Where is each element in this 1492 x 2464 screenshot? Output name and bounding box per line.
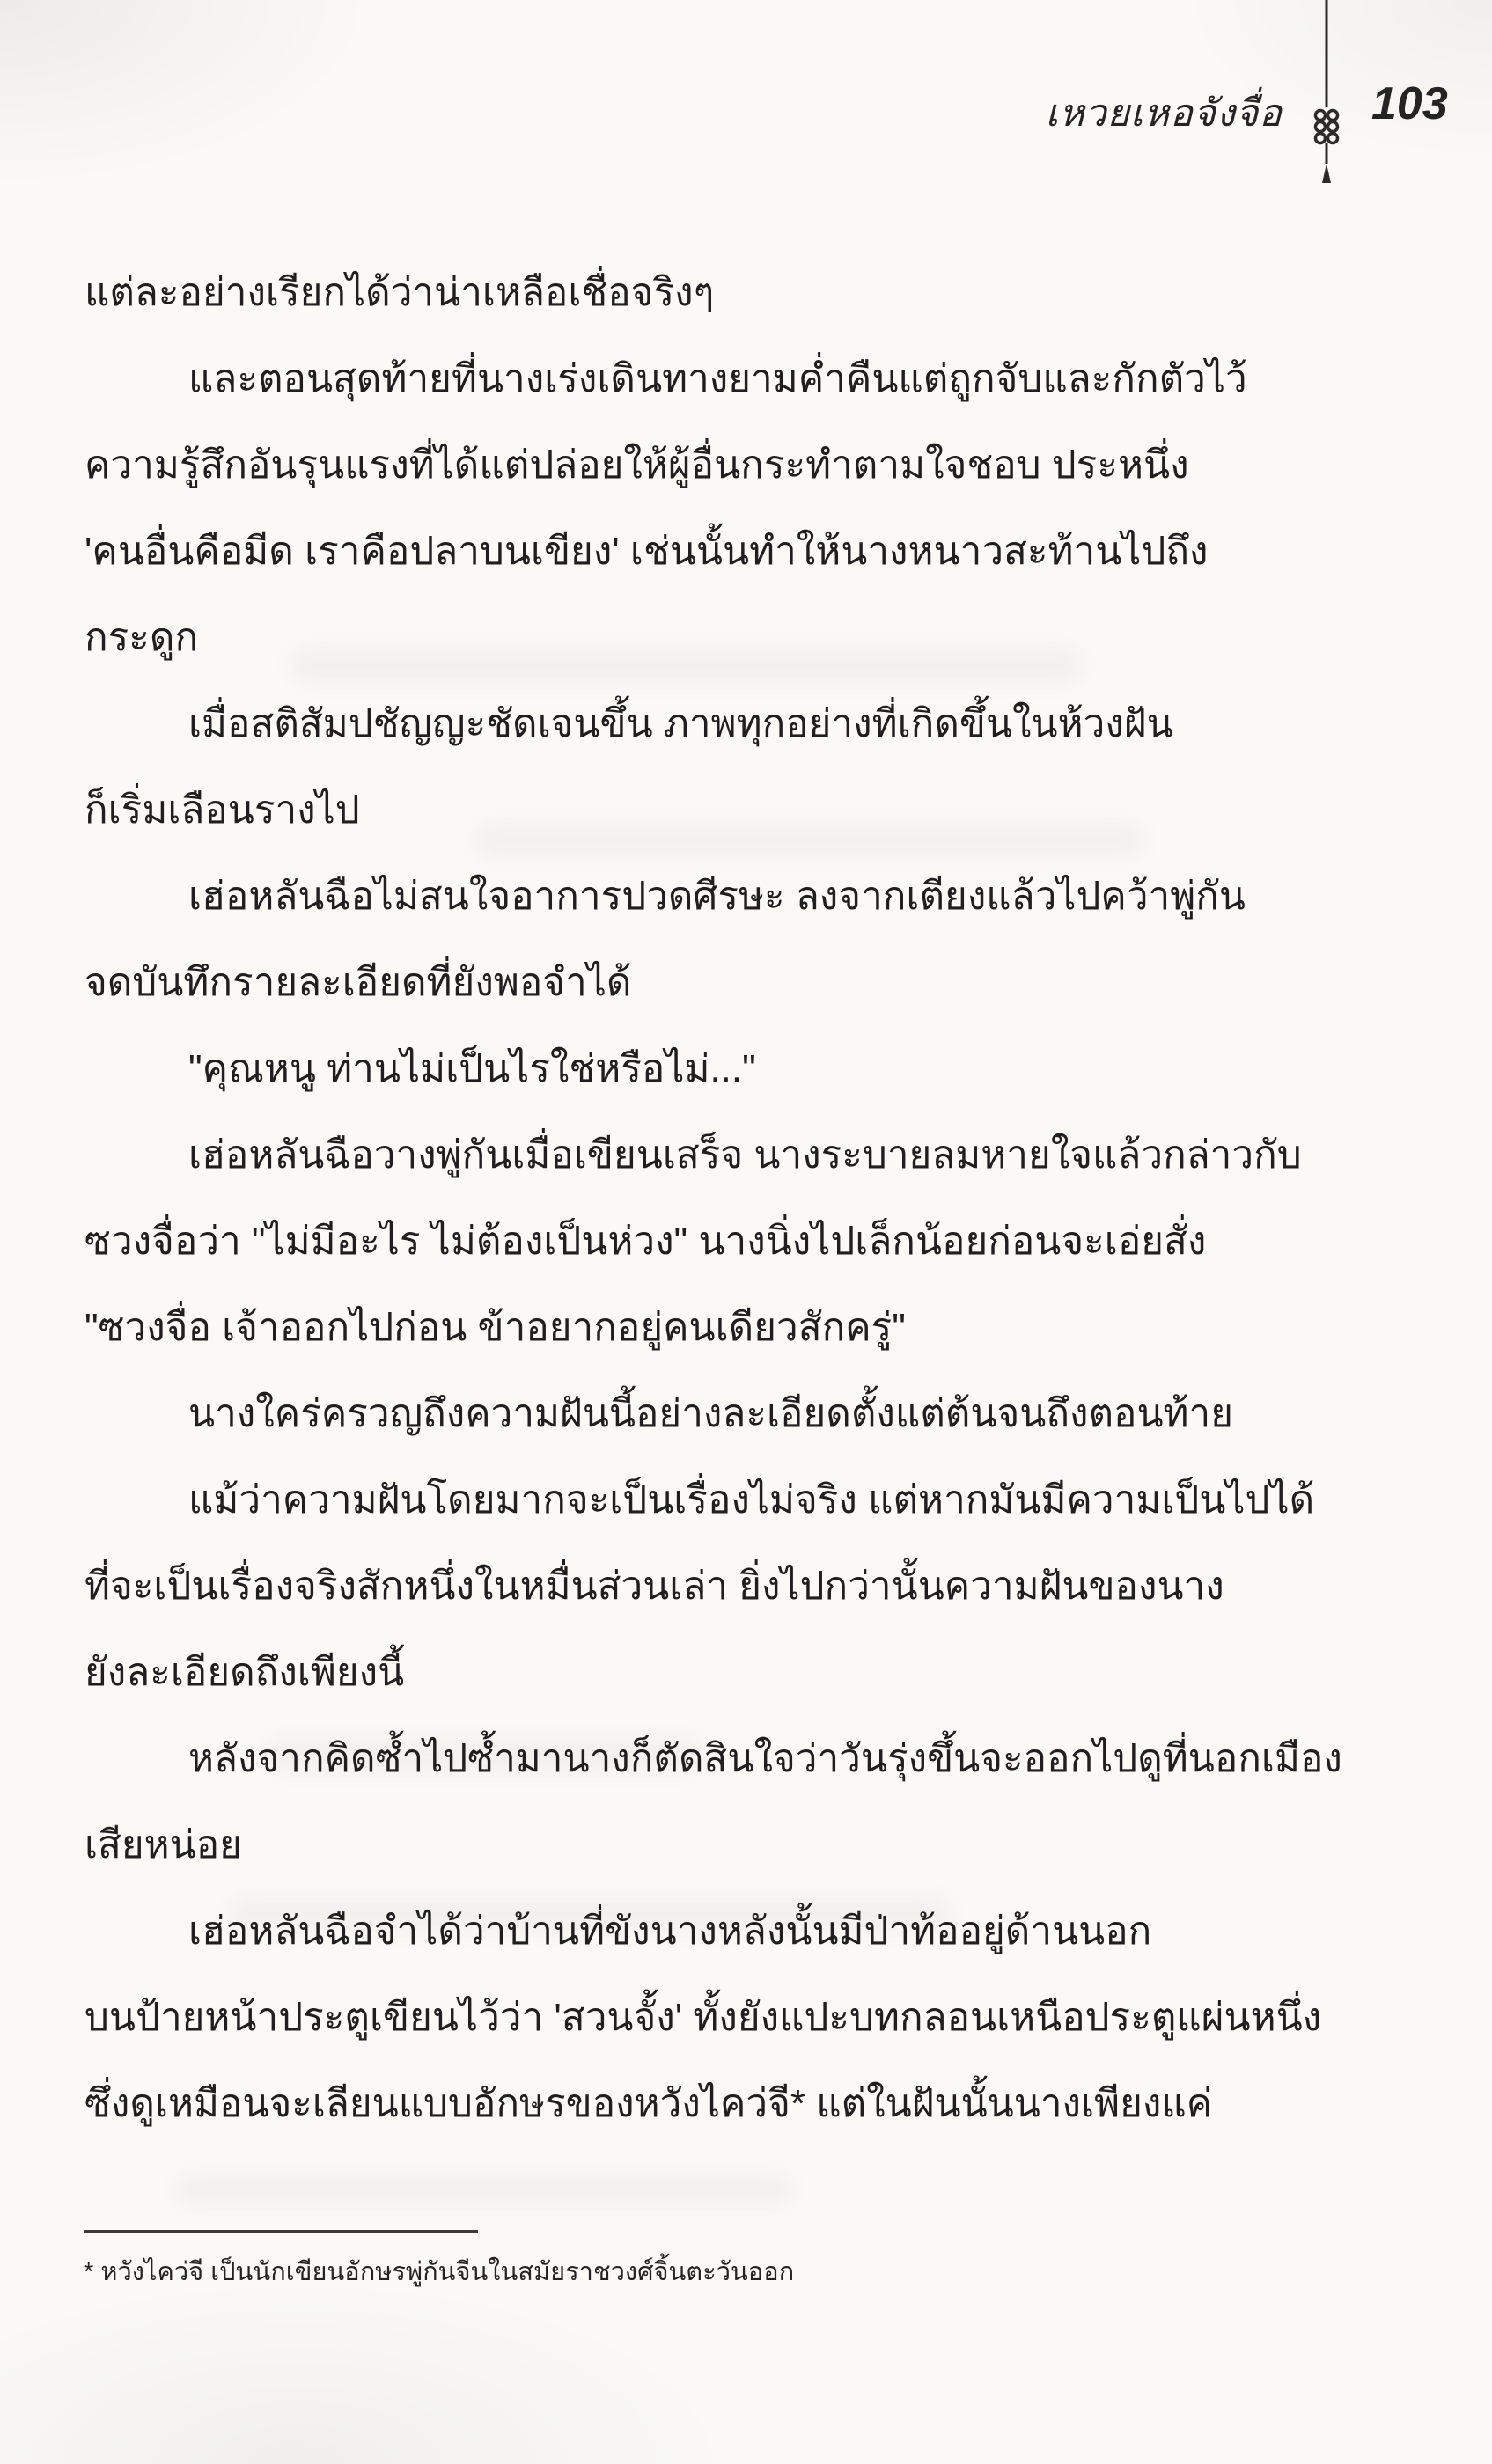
text-line: เมื่อสติสัมปชัญญะชัดเจนขึ้น ภาพทุกอย่างท… [85,681,1418,767]
text-line: หลังจากคิดซ้ำไปซ้ำมานางก็ตัดสินใจว่าวันร… [85,1716,1418,1802]
scan-smudge [176,2174,792,2205]
text-line: เสียหน่อย [85,1802,1418,1888]
running-head-title: เหวยเหอจังจื่อ [1046,83,1283,143]
text-line: ความรู้สึกอันรุนแรงที่ได้แต่ปล่อยให้ผู้อ… [85,422,1418,509]
page-number: 103 [1371,77,1448,130]
book-page: เหวยเหอจังจื่อ 103 แต่ละอย่างเรียกได้ว่า… [0,0,1492,2464]
text-line: แม้ว่าความฝันโดยมากจะเป็นเรื่องไม่จริง แ… [85,1457,1418,1544]
text-line: ซึ่งดูเหมือนจะเลียนแบบอักษรของหวังไคว่จี… [85,2061,1418,2147]
text-line: ยังละเอียดถึงเพียงนี้ [85,1630,1418,1716]
chinese-knot-tassel-icon [1308,0,1345,187]
footnote-text: * หวังไคว่จี เป็นนักเขียนอักษรพู่กันจีนใ… [84,2251,794,2292]
text-line: "ซวงจื่อ เจ้าออกไปก่อน ข้าอยากอยู่คนเดีย… [85,1285,1418,1371]
text-line: เฮ่อหลันฉือไม่สนใจอาการปวดศีรษะ ลงจากเตี… [85,854,1418,940]
text-line: และตอนสุดท้ายที่นางเร่งเดินทางยามค่ำคืนแ… [85,336,1418,422]
text-line: นางใคร่ครวญถึงความฝันนี้อย่างละเอียดตั้ง… [85,1371,1418,1457]
text-line: บนป้ายหน้าประตูเขียนไว้ว่า 'สวนจั้ง' ทั้… [85,1975,1418,2061]
text-line: ก็เริ่มเลือนรางไป [85,767,1418,854]
body-text: แต่ละอย่างเรียกได้ว่าน่าเหลือเชื่อจริงๆแ… [85,250,1418,2147]
text-line: กระดูก [85,595,1418,681]
text-line: ที่จะเป็นเรื่องจริงสักหนึ่งในหมื่นส่วนเล… [85,1544,1418,1630]
text-line: 'คนอื่นคือมีด เราคือปลาบนเขียง' เช่นนั้น… [85,509,1418,595]
text-line: เฮ่อหลันฉือจำได้ว่าบ้านที่ขังนางหลังนั้น… [85,1888,1418,1975]
text-line: "คุณหนู ท่านไม่เป็นไรใช่หรือไม่..." [85,1026,1418,1112]
footnote-divider [84,2230,478,2233]
text-line: จดบันทึกรายละเอียดที่ยังพอจำได้ [85,940,1418,1026]
text-line: แต่ละอย่างเรียกได้ว่าน่าเหลือเชื่อจริงๆ [85,250,1418,336]
text-line: เฮ่อหลันฉือวางพู่กันเมื่อเขียนเสร็จ นางร… [85,1112,1418,1199]
text-line: ซวงจื่อว่า "ไม่มีอะไร ไม่ต้องเป็นห่วง" น… [85,1199,1418,1285]
